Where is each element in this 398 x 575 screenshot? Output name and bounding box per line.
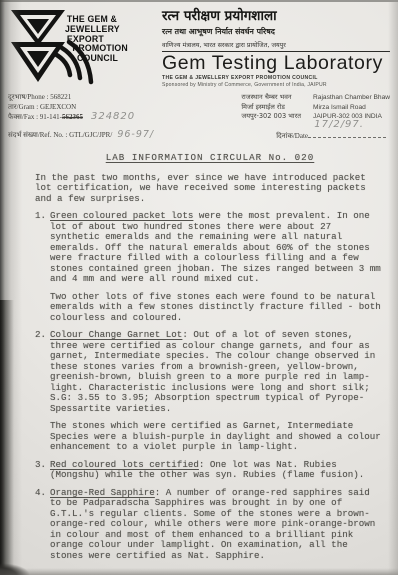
logo-org-name: THE GEM & JEWELLERY EXPORT PROMOTION COU… bbox=[65, 15, 128, 64]
item-paragraph: Colour Change Garnet Lot: Out of a lot o… bbox=[50, 330, 385, 414]
logo-line: COUNCIL bbox=[77, 54, 128, 64]
sponsor-line-english: Sponsored by Ministry of Commerce, Gover… bbox=[162, 82, 390, 88]
scan-edge-right bbox=[388, 0, 398, 575]
item-paragraph: Orange-Red Sapphire: A number of orange-… bbox=[50, 488, 385, 562]
item-heading: Colour Change Garnet Lot bbox=[50, 329, 182, 340]
sponsor-line-hindi: वाणिज्य मंत्रालय, भारत सरकार द्वारा प्रा… bbox=[162, 40, 390, 52]
ref-label: संदर्भ संख्या/Ref. No. : GTL/GJC/JPR/ bbox=[8, 131, 112, 139]
item-number: 3. bbox=[35, 460, 50, 481]
scan-edge-top bbox=[0, 0, 398, 2]
ref-date-row: संदर्भ संख्या/Ref. No. : GTL/GJC/JPR/96-… bbox=[8, 129, 388, 141]
item-heading: Red coloured lots certified bbox=[50, 459, 199, 470]
scan-edge-bottom bbox=[0, 568, 398, 575]
date-line: दिनांक/Date 17/2/97. bbox=[276, 129, 388, 141]
address-hindi: राजस्थान चैम्बर भवनमिर्जा इस्माईल रोडजयप… bbox=[241, 93, 301, 123]
item-text: Colour Change Garnet Lot: Out of a lot o… bbox=[50, 330, 385, 453]
circular-intro: In the past two months, ever since we ha… bbox=[35, 173, 385, 205]
circular-title: LAB INFORMATION CIRCULAR No. 020 bbox=[35, 153, 385, 164]
circular-item: 4.Orange-Red Sapphire: A number of orang… bbox=[35, 488, 385, 562]
fax-line: फैक्स/Fax : 91-141-562365324820 bbox=[8, 112, 135, 123]
item-number: 4. bbox=[35, 488, 50, 562]
ref-number-line: संदर्भ संख्या/Ref. No. : GTL/GJC/JPR/96-… bbox=[8, 129, 154, 141]
scan-edge-left-dark bbox=[0, 300, 14, 575]
council-name-hindi: रत्न तथा आभूषण निर्यात संवर्धन परिषद bbox=[162, 27, 390, 37]
item-paragraph: Red coloured lots certified: One lot was… bbox=[50, 460, 385, 481]
circular-item: 2.Colour Change Garnet Lot: Out of a lot… bbox=[35, 330, 385, 453]
fax-number-handwritten: 324820 bbox=[91, 111, 135, 122]
item-number: 2. bbox=[35, 330, 50, 453]
item-heading: Green coloured packet lots bbox=[50, 210, 193, 221]
date-rule bbox=[308, 129, 386, 138]
item-heading: Orange-Red Sapphire bbox=[50, 487, 155, 498]
ref-handwritten: 96-97/ bbox=[117, 129, 154, 140]
council-name-english: THE GEM & JEWELLERY EXPORT PROMOTION COU… bbox=[162, 75, 390, 81]
date-label: दिनांक/Date bbox=[276, 132, 308, 140]
fax-number-struck: 562365 bbox=[62, 113, 83, 121]
circular-items: 1.Green coloured packet lots were the mo… bbox=[35, 211, 385, 561]
lab-name-english: Gem Testing Laboratory bbox=[162, 53, 390, 74]
circular-item: 1.Green coloured packet lots were the mo… bbox=[35, 211, 385, 323]
item-followup-paragraph: Two other lots of five stones each were … bbox=[50, 292, 385, 324]
item-text: Green coloured packet lots were the most… bbox=[50, 211, 385, 323]
scanned-document-page: THE GEM & JEWELLERY EXPORT PROMOTION COU… bbox=[0, 0, 398, 575]
item-number: 1. bbox=[35, 211, 50, 323]
item-paragraph: Green coloured packet lots were the most… bbox=[50, 211, 385, 285]
letterhead-titles: रत्न परीक्षण प्रयोगशाला रत्न तथा आभूषण न… bbox=[160, 7, 390, 89]
gjepc-logo: THE GEM & JEWELLERY EXPORT PROMOTION COU… bbox=[8, 7, 160, 89]
item-text: Red coloured lots certified: One lot was… bbox=[50, 460, 385, 481]
date-handwritten: 17/2/97. bbox=[314, 119, 364, 130]
phone-line: दूरभाष/Phone : 568221 bbox=[8, 93, 135, 103]
item-text: Orange-Red Sapphire: A number of orange-… bbox=[50, 488, 385, 562]
circular-item: 3.Red coloured lots certified: One lot w… bbox=[35, 460, 385, 481]
circular-body: LAB INFORMATION CIRCULAR No. 020 In the … bbox=[35, 153, 385, 561]
lab-name-hindi: रत्न परीक्षण प्रयोगशाला bbox=[162, 9, 390, 24]
letterhead: THE GEM & JEWELLERY EXPORT PROMOTION COU… bbox=[8, 7, 390, 89]
phone-fax-block: दूरभाष/Phone : 568221 तार/Gram : GEJEXCO… bbox=[6, 93, 135, 123]
item-followup-paragraph: The stones which were certified as Garne… bbox=[50, 421, 385, 453]
